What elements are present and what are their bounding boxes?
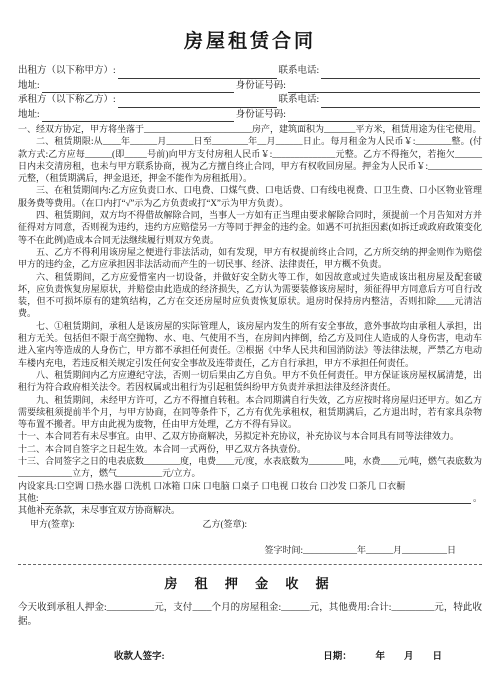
contract-page: 房屋租赁合同 出租方（以下称甲方）: 联系电话: 地址: 身份证号码: 承租方（… — [0, 0, 500, 699]
party-a-sign-label: 甲方(签章): — [30, 518, 75, 530]
payee-sign-label: 收款人签字: — [114, 651, 165, 664]
lessee-phone-blank-line — [321, 97, 480, 108]
lessor-phone-blank-line — [321, 68, 480, 79]
lessee-label: 承租方（以下称乙方）: — [18, 94, 116, 108]
clause-9: 九、租赁期间，未经甲方许可，乙方不得擅自转租。本合同期满自行失效，乙方应按时将房… — [18, 394, 482, 431]
clause-2: 二、租赁期限:从____年______月______日至________年__月… — [18, 135, 482, 184]
lessor-phone-label: 联系电话: — [279, 65, 320, 79]
lessee-name-blank-line — [118, 97, 277, 108]
clause-13: 十三、合同签字之日的电表底数________度，电费____元/度，水表底数为_… — [18, 455, 482, 480]
clause-12: 十二、本合同自签字之日起生效。本合同一式两份，甲乙双方各执壹份。 — [18, 443, 482, 455]
lessor-label: 出租方（以下称甲方）: — [18, 65, 116, 79]
lessor-name-blank-line — [118, 68, 277, 79]
receipt-date-line: 日期： 年 月 日 — [323, 651, 442, 664]
clause-11: 十一、本合同若有未尽事宜。由甲、乙双方协商解决，另拟定补充协议，补充协议与本合同… — [18, 430, 482, 442]
other-suffix: 。 — [473, 492, 482, 504]
other-label: 其他: — [18, 492, 39, 504]
lessee-address-blank-line — [42, 111, 234, 122]
section-divider — [18, 564, 482, 565]
sign-time-line: 签字时间:____________年______月__________日 — [18, 544, 456, 556]
lessee-id-label: 身份证号码: — [236, 109, 286, 123]
clause-4: 四、租赁期间，双方均不得借故解除合同，当事人一方如有正当理由要求解除合同时，须提… — [18, 209, 482, 246]
party-b-sign-label: 乙方(签章): — [203, 518, 248, 530]
clause-1: 一、经双方协定，甲方将坐落于________________________房产… — [18, 123, 482, 135]
clause-8: 八、租赁期间内乙方应遵纪守法，否则一切后果由乙方自负。甲方不负任何责任。甲方保证… — [18, 369, 482, 394]
clause-6: 六、租赁期间，乙方应爱惜室内一切设备，并做好安全防火等工作，如因故意或过失造成该… — [18, 271, 482, 320]
receipt-sign-row: 收款人签字: 日期： 年 月 日 — [18, 651, 482, 664]
lessee-address-label: 地址: — [18, 109, 40, 123]
lessor-address-label: 地址: — [18, 80, 40, 94]
clause-5: 五、乙方不得利用该房屋之便进行非法活动，如有发现，甲方有权提前终止合同，乙方所交… — [18, 246, 482, 271]
lessee-id-blank-line — [288, 111, 480, 122]
lessor-row: 出租方（以下称甲方）: 联系电话: — [18, 65, 482, 79]
other-row: 其他: 。 — [18, 492, 482, 504]
receipt-title: 房 租 押 金 收 据 — [18, 573, 482, 592]
clause-7: 七、①租赁期间，承租人是该房屋的实际管理人，该房屋内发生的所有安全事故，意外事故… — [18, 320, 482, 369]
signature-row: 甲方(签章): 乙方(签章): — [18, 518, 482, 530]
lessor-id-blank-line — [288, 82, 480, 93]
clause-3: 三、在租赁期间内:乙方应负责口水、口电费、口煤气费、口电话费、口有线电视费、口卫… — [18, 184, 482, 209]
supplement-note: 其他补充条款，未尽事宜双方协商解决。 — [18, 504, 482, 516]
other-blank-line — [41, 493, 471, 504]
page-title: 房屋租赁合同 — [18, 26, 482, 53]
lessor-id-label: 身份证号码: — [236, 80, 286, 94]
lessee-address-row: 地址: 身份证号码: — [18, 109, 482, 123]
lessee-row: 承租方（以下称乙方）: 联系电话: — [18, 94, 482, 108]
lessee-phone-label: 联系电话: — [279, 94, 320, 108]
receipt-body-line: 今天收到承租人押金:__________元，支付____个月的房屋租金:____… — [18, 601, 482, 629]
lessor-address-row: 地址: 身份证号码: — [18, 80, 482, 94]
lessor-address-blank-line — [42, 82, 234, 93]
furniture-checkbox-line: 内设家具:口空调 口热水器 口洗机 口冰箱 口床 口电脑 口桌子 口电视 口妆台… — [18, 480, 482, 492]
